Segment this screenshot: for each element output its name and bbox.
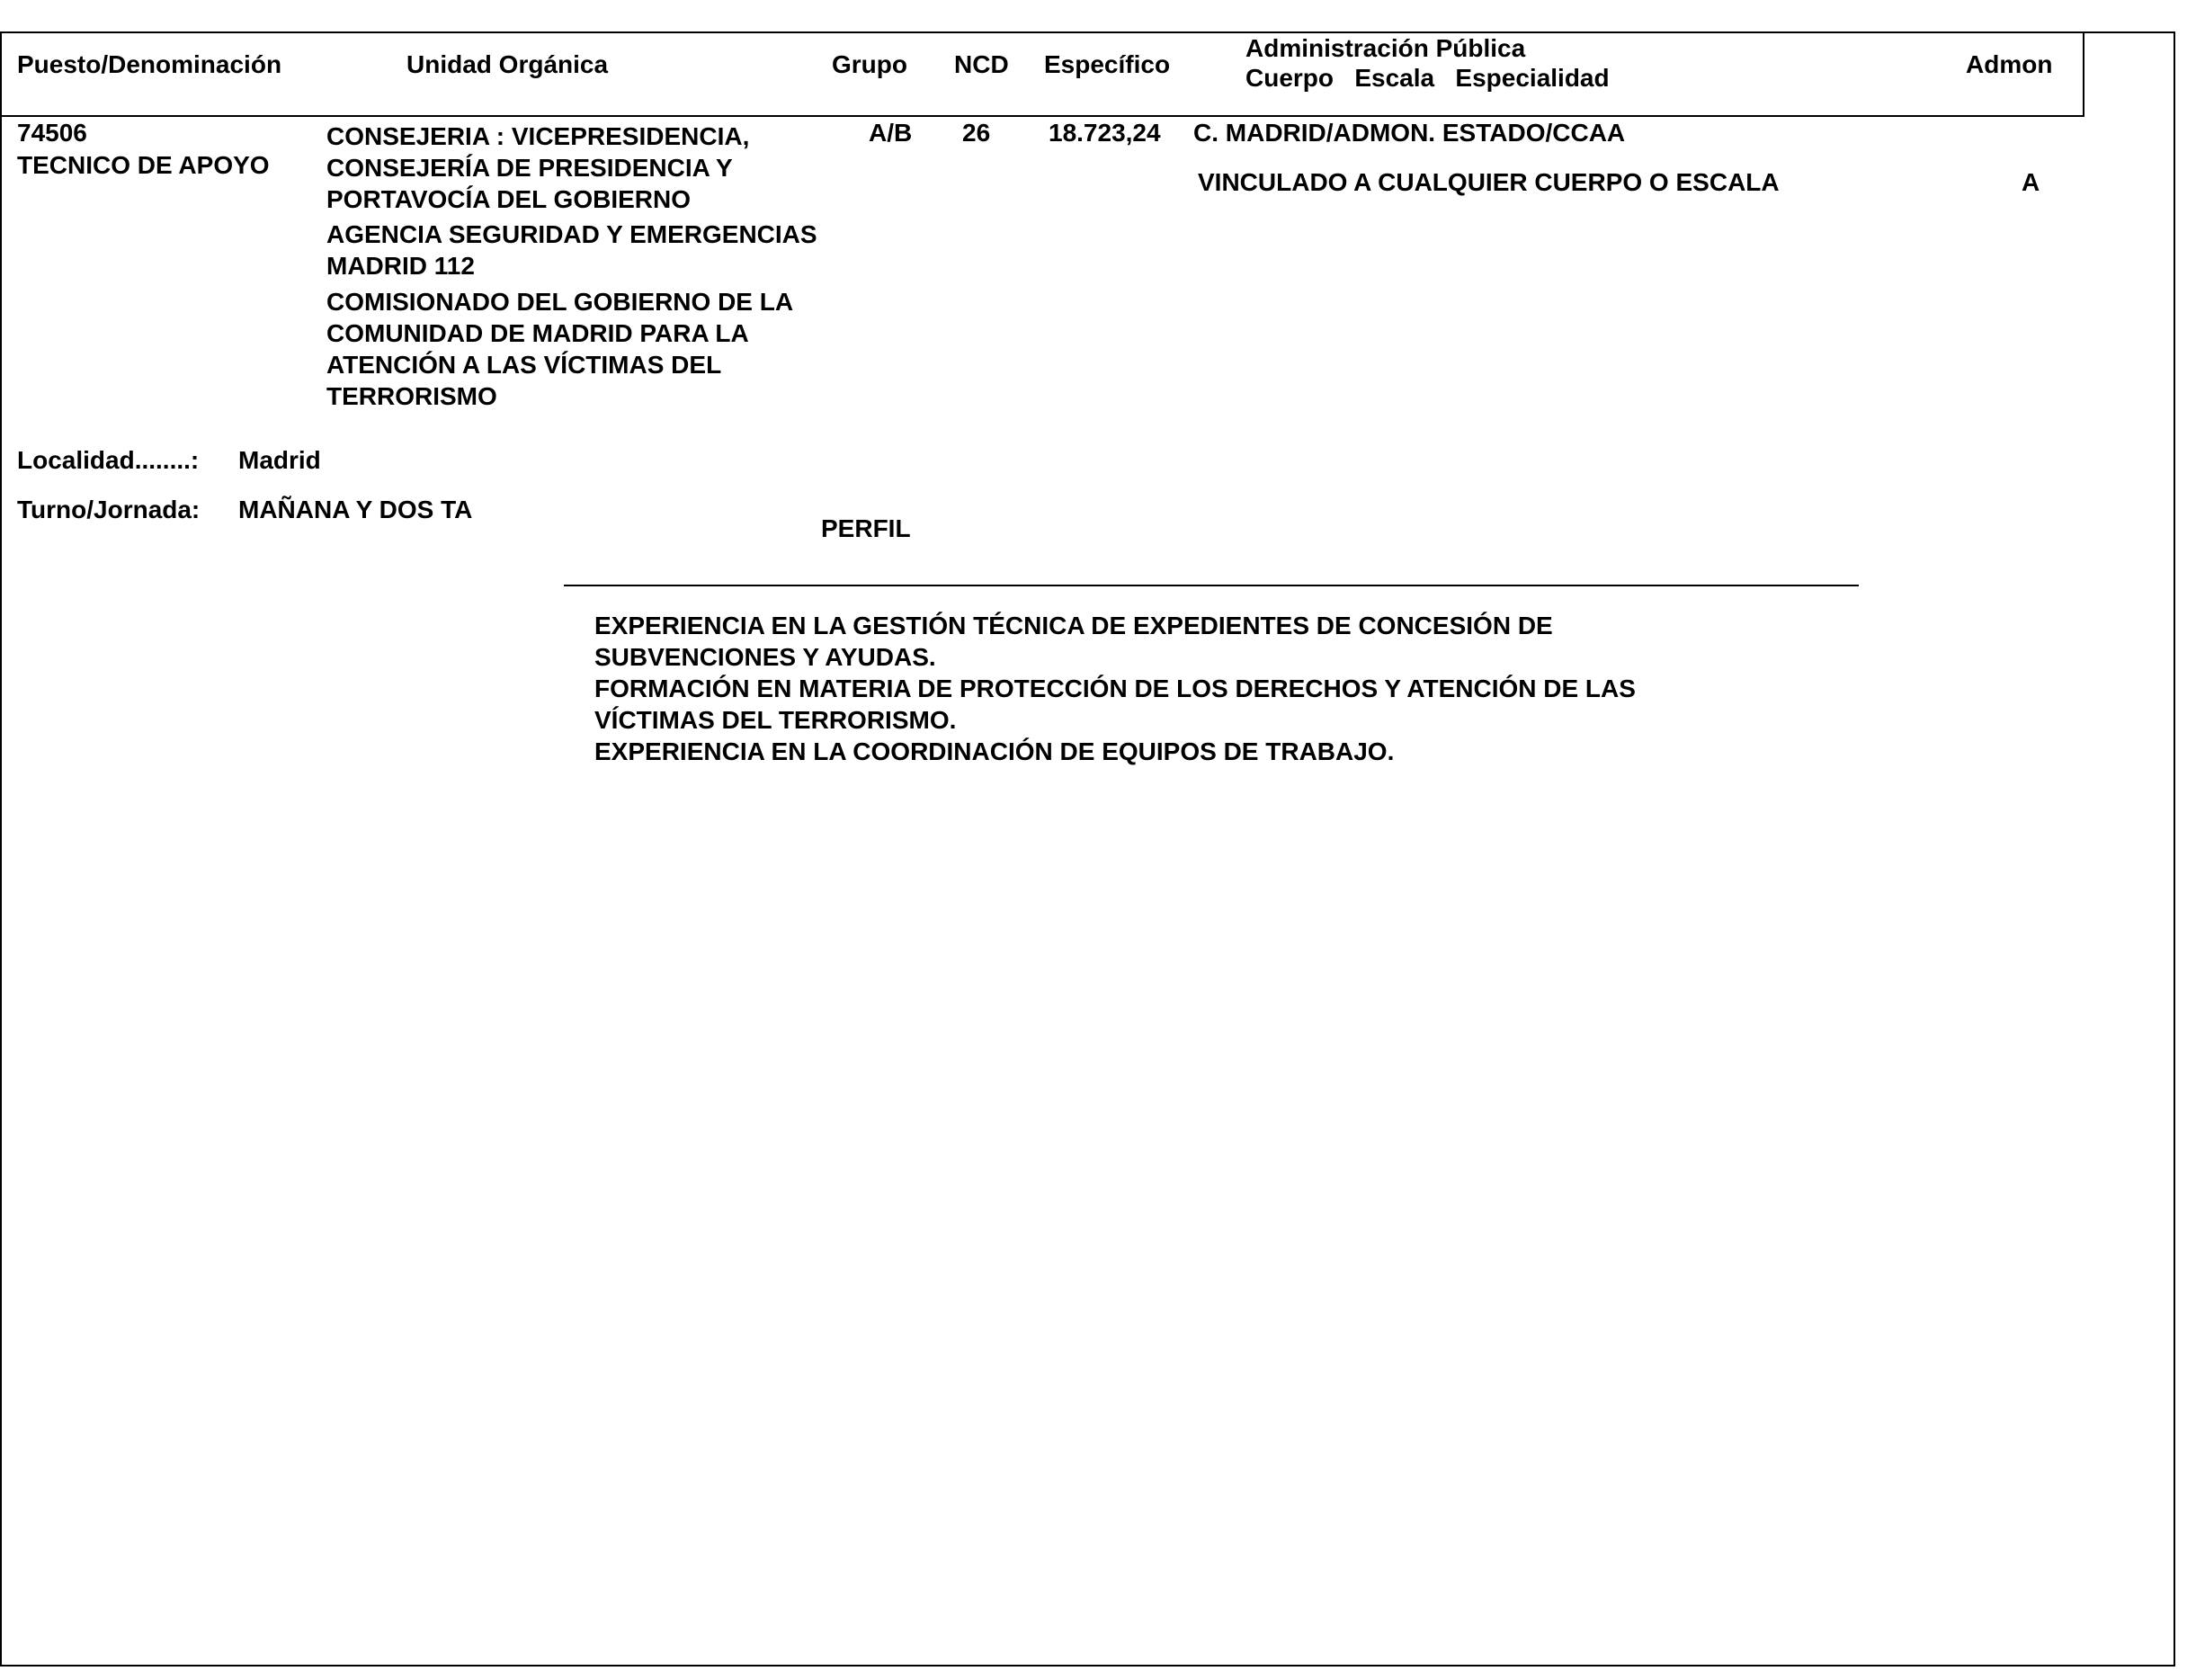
localidad-value: Madrid bbox=[238, 448, 321, 473]
perfil-line: EXPERIENCIA EN LA GESTIÓN TÉCNICA DE EXP… bbox=[594, 610, 1636, 641]
unidad-line: ATENCIÓN A LAS VÍCTIMAS DEL bbox=[326, 349, 793, 380]
grupo-value: A/B bbox=[869, 121, 912, 146]
header-administracion: Administración Pública bbox=[1245, 36, 1525, 61]
localidad-label: Localidad........: bbox=[17, 448, 199, 473]
perfil-line: SUBVENCIONES Y AYUDAS. bbox=[594, 641, 1636, 673]
puesto-denominacion: TECNICO DE APOYO bbox=[17, 153, 270, 178]
unidad-block-comisionado: COMISIONADO DEL GOBIERNO DE LA COMUNIDAD… bbox=[326, 286, 793, 412]
header-grupo: Grupo bbox=[832, 52, 907, 77]
table-header-frame bbox=[0, 31, 2084, 117]
header-unidad: Unidad Orgánica bbox=[406, 52, 608, 77]
perfil-line: EXPERIENCIA EN LA COORDINACIÓN DE EQUIPO… bbox=[594, 736, 1636, 767]
ncd-value: 26 bbox=[962, 121, 990, 146]
header-puesto: Puesto/Denominación bbox=[17, 52, 281, 77]
turno-label: Turno/Jornada: bbox=[17, 497, 200, 523]
header-admon: Admon bbox=[1966, 52, 2052, 77]
unidad-line: MADRID 112 bbox=[326, 250, 817, 281]
unidad-line: TERRORISMO bbox=[326, 380, 793, 412]
header-ncd: NCD bbox=[954, 52, 1009, 77]
unidad-line: PORTAVOCÍA DEL GOBIERNO bbox=[326, 183, 749, 215]
unidad-line: COMUNIDAD DE MADRID PARA LA bbox=[326, 317, 793, 349]
unidad-block-consejeria: CONSEJERIA : VICEPRESIDENCIA, CONSEJERÍA… bbox=[326, 121, 749, 215]
unidad-line: COMISIONADO DEL GOBIERNO DE LA bbox=[326, 286, 793, 317]
perfil-title: PERFIL bbox=[821, 516, 911, 541]
turno-value: MAÑANA Y DOS TA bbox=[238, 497, 472, 523]
header-cuerpo-escala: Cuerpo Escala Especialidad bbox=[1245, 66, 1610, 91]
header-especifico: Específico bbox=[1044, 52, 1170, 77]
cuerpo-value: VINCULADO A CUALQUIER CUERPO O ESCALA bbox=[1198, 170, 1780, 195]
admon-value: A bbox=[2022, 170, 2040, 195]
perfil-line: VÍCTIMAS DEL TERRORISMO. bbox=[594, 704, 1636, 736]
unidad-line: CONSEJERÍA DE PRESIDENCIA Y bbox=[326, 152, 749, 183]
administracion-value: C. MADRID/ADMON. ESTADO/CCAA bbox=[1193, 121, 1625, 146]
unidad-line: AGENCIA SEGURIDAD Y EMERGENCIAS bbox=[326, 219, 817, 250]
especifico-value: 18.723,24 bbox=[1049, 121, 1161, 146]
perfil-text: EXPERIENCIA EN LA GESTIÓN TÉCNICA DE EXP… bbox=[594, 610, 1636, 767]
unidad-block-agencia: AGENCIA SEGURIDAD Y EMERGENCIAS MADRID 1… bbox=[326, 219, 817, 281]
perfil-divider bbox=[564, 585, 1859, 586]
unidad-line: CONSEJERIA : VICEPRESIDENCIA, bbox=[326, 121, 749, 152]
perfil-line: FORMACIÓN EN MATERIA DE PROTECCIÓN DE LO… bbox=[594, 673, 1636, 704]
puesto-codigo: 74506 bbox=[17, 121, 87, 146]
